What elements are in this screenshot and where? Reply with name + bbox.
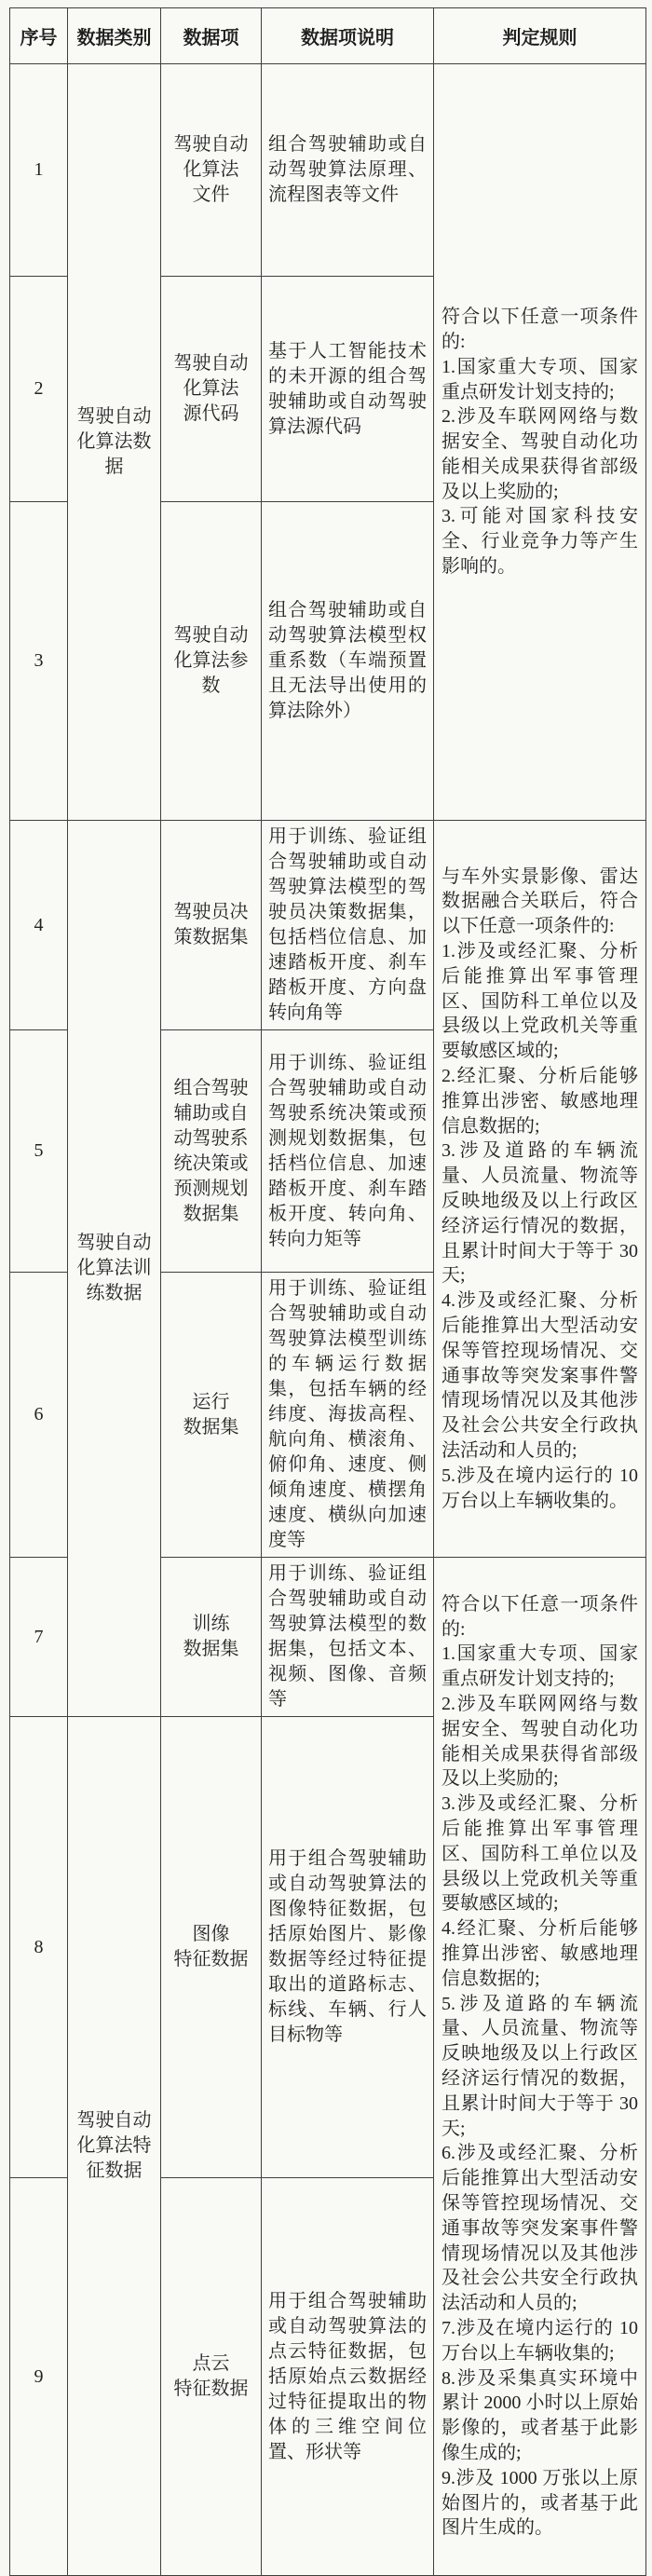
- item-description-cell: 用于训练、验证组合驾驶辅助或自动驾驶算法模型的驾驶员决策数据集，包括档位信息、加…: [262, 821, 434, 1030]
- data-item-cell: 组合驾驶 辅助或自 动驾驶系 统决策或 预测规划 数据集: [161, 1030, 262, 1273]
- data-item-cell: 驾驶自动 化算法 源代码: [161, 277, 262, 502]
- row-number: 8: [10, 1717, 68, 2178]
- item-description-cell: 用于组合驾驶辅助或自动驾驶算法的点云特征数据，包括原始点云数据经过特征提取出的物…: [262, 2178, 434, 2576]
- table-row: 1 驾驶自动化算法数据 驾驶自动 化算法 文件 组合驾驶辅助或自动驾驶算法原理、…: [10, 64, 646, 277]
- data-item-cell: 图像 特征数据: [161, 1717, 262, 2178]
- row-number: 6: [10, 1273, 68, 1558]
- row-number: 4: [10, 821, 68, 1030]
- header-col-item: 数据项: [161, 8, 262, 64]
- row-number: 2: [10, 277, 68, 502]
- rule-cell-rows-4-6: 与车外实景影像、雷达数据融合关联后，符合以下任意一项条件的: 1.涉及或经汇聚、…: [434, 821, 646, 1558]
- data-item-cell: 点云 特征数据: [161, 2178, 262, 2576]
- data-item-cell: 驾驶员决 策数据集: [161, 821, 262, 1030]
- category-cell-feature-data: 驾驶自动化算法特征数据: [68, 1717, 161, 2576]
- row-number: 3: [10, 502, 68, 821]
- document-page: 序号 数据类别 数据项 数据项说明 判定规则 1 驾驶自动化算法数据 驾驶自动 …: [0, 0, 652, 2567]
- data-item-cell: 驾驶自动 化算法参 数: [161, 502, 262, 821]
- item-description-cell: 组合驾驶辅助或自动驾驶算法原理、流程图表等文件: [262, 64, 434, 277]
- data-item-cell: 运行 数据集: [161, 1273, 262, 1558]
- category-cell-algorithm-data: 驾驶自动化算法数据: [68, 64, 161, 821]
- row-number: 5: [10, 1030, 68, 1273]
- header-col-rule: 判定规则: [434, 8, 646, 64]
- rule-cell-rows-7-9: 符合以下任意一项条件的: 1.国家重大专项、国家重点研发计划支持的; 2.涉及车…: [434, 1558, 646, 2576]
- header-col-no: 序号: [10, 8, 68, 64]
- item-description-cell: 组合驾驶辅助或自动驾驶算法模型权重系数（车端预置且无法导出使用的算法除外）: [262, 502, 434, 821]
- data-item-cell: 训练 数据集: [161, 1558, 262, 1717]
- item-description-cell: 用于训练、验证组合驾驶辅助或自动驾驶算法模型的数据集，包括文本、视频、图像、音频…: [262, 1558, 434, 1717]
- header-col-category: 数据类别: [68, 8, 161, 64]
- row-number: 1: [10, 64, 68, 277]
- category-cell-training-data: 驾驶自动化算法训练数据: [68, 821, 161, 1717]
- classification-table: 序号 数据类别 数据项 数据项说明 判定规则 1 驾驶自动化算法数据 驾驶自动 …: [9, 7, 646, 2576]
- item-description-cell: 用于组合驾驶辅助或自动驾驶算法的图像特征数据，包括原始图片、影像数据等经过特征提…: [262, 1717, 434, 2178]
- table-row: 4 驾驶自动化算法训练数据 驾驶员决 策数据集 用于训练、验证组合驾驶辅助或自动…: [10, 821, 646, 1030]
- table-header-row: 序号 数据类别 数据项 数据项说明 判定规则: [10, 8, 646, 64]
- rule-cell-rows-1-3: 符合以下任意一项条件的: 1.国家重大专项、国家重点研发计划支持的; 2.涉及车…: [434, 64, 646, 821]
- data-item-cell: 驾驶自动 化算法 文件: [161, 64, 262, 277]
- item-description-cell: 基于人工智能技术的未开源的组合驾驶辅助或自动驾驶算法源代码: [262, 277, 434, 502]
- header-col-desc: 数据项说明: [262, 8, 434, 64]
- row-number: 7: [10, 1558, 68, 1717]
- item-description-cell: 用于训练、验证组合驾驶辅助或自动驾驶算法模型训练的车辆运行数据集，包括车辆的经纬…: [262, 1273, 434, 1558]
- row-number: 9: [10, 2178, 68, 2576]
- item-description-cell: 用于训练、验证组合驾驶辅助或自动驾驶系统决策或预测规划数据集，包括档位信息、加速…: [262, 1030, 434, 1273]
